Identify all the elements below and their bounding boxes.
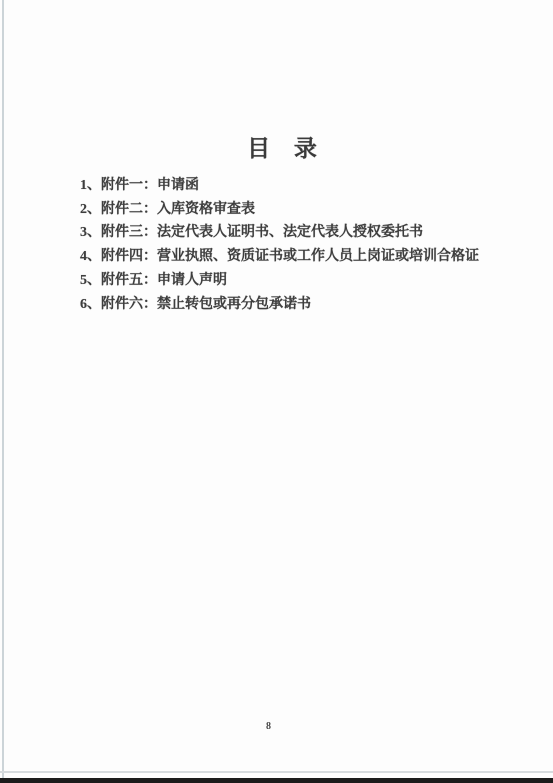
toc-item: 5、附件五：申请人声明 [80, 269, 533, 293]
scan-edge-bottom-line [0, 778, 553, 783]
toc-item: 4、附件四：营业执照、资质证书或工作人员上岗证或培训合格证 [80, 245, 533, 269]
scan-edge-bottom-shadow [0, 771, 553, 773]
page-number: 8 [0, 721, 545, 732]
scanned-document-page: 目 录 1、附件一：申请函 2、附件二：入库资格审查表 3、附件三：法定代表人证… [0, 0, 553, 783]
scan-edge-left-line [2, 0, 4, 778]
toc-item: 2、附件二：入库资格审查表 [80, 198, 533, 222]
toc-item: 3、附件三：法定代表人证明书、法定代表人授权委托书 [80, 221, 533, 245]
page-title: 目 录 [7, 130, 553, 163]
toc-item: 1、附件一：申请函 [80, 174, 533, 198]
toc-list: 1、附件一：申请函 2、附件二：入库资格审查表 3、附件三：法定代表人证明书、法… [80, 174, 533, 316]
toc-item: 6、附件六：禁止转包或再分包承诺书 [80, 293, 533, 317]
